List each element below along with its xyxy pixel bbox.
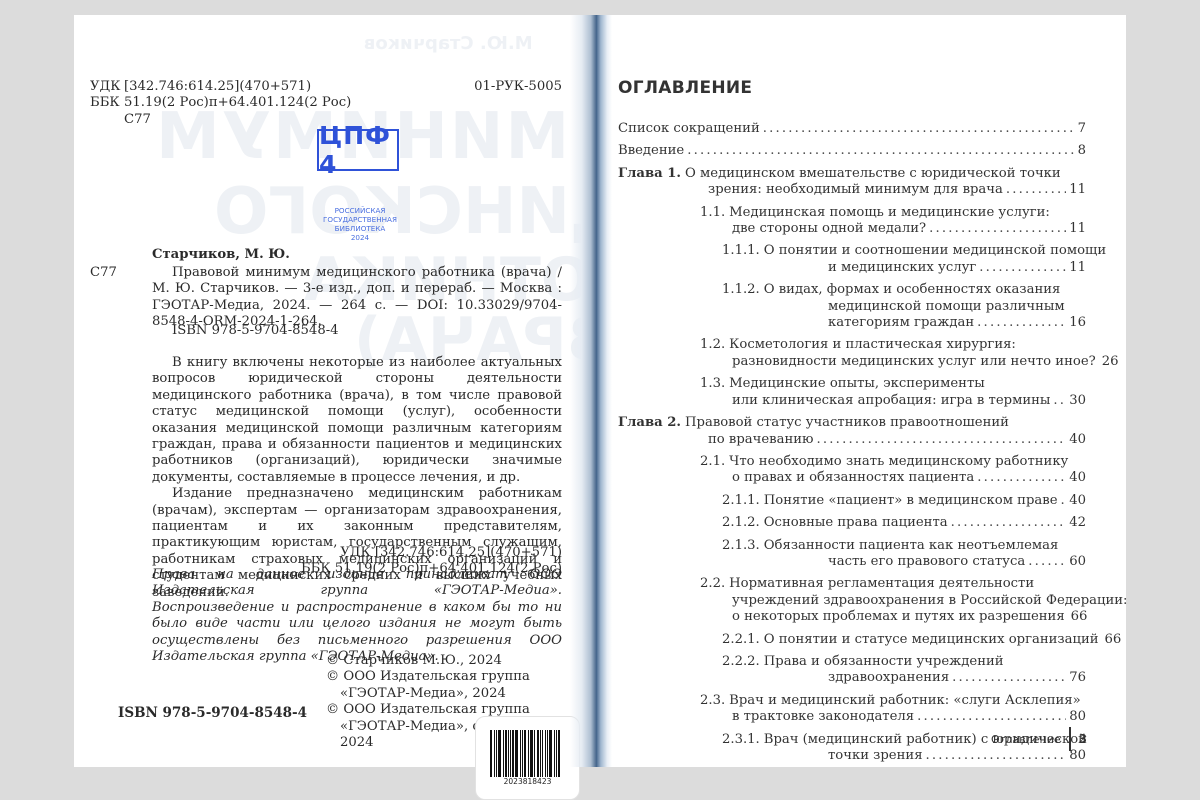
dot-leader	[763, 121, 1075, 137]
toc-entry-number: 2.2.	[700, 576, 725, 592]
toc-entry-page: 11	[1069, 182, 1086, 198]
barcode-bar	[534, 730, 535, 777]
barcode-icon	[490, 730, 562, 777]
right-page: ОГЛАВЛЕНИЕ Список сокращений7Введение8Гл…	[596, 15, 1126, 767]
toc-entry-title: Что необходимо знать медицинскому работн…	[729, 454, 1068, 470]
toc-entry-title: О медицинском вмешательстве с юридическо…	[685, 166, 1061, 182]
toc-entry-page: 40	[1069, 493, 1086, 509]
catalog-code: 01-РУК-5005	[474, 79, 562, 95]
dot-leader	[917, 709, 1066, 725]
dot-leader	[929, 221, 1066, 237]
toc-entry-page: 40	[1069, 432, 1086, 448]
footer-divider	[1069, 727, 1071, 751]
library-stamp-line: РОССИЙСКАЯ	[300, 206, 420, 215]
toc-entry-number: 1.3.	[700, 376, 725, 392]
toc-entry[interactable]: 1.3.Медицинские опыты, экспериментыили к…	[618, 376, 1086, 409]
dot-leader	[979, 260, 1066, 276]
barcode-number: 2023818423	[476, 777, 579, 786]
library-stamp-line: БИБЛИОТЕКА	[300, 224, 420, 233]
dot-leader	[1006, 182, 1066, 198]
dot-leader	[687, 143, 1074, 159]
toc-entry-title: учреждений здравоохранения в Российской …	[732, 593, 1128, 609]
toc-entry-title: Нормативная регламентация деятельности	[729, 576, 1034, 592]
toc-entry-number: 1.2.	[700, 337, 725, 353]
dot-leader	[1028, 554, 1066, 570]
barcode-bar	[494, 730, 495, 777]
barcode-bar	[549, 730, 552, 777]
barcode-bar	[508, 730, 509, 777]
toc-entry-page: 16	[1069, 315, 1086, 331]
toc-entry-title: Права и обязанности учреждений	[764, 654, 1004, 670]
toc-entry-title: О понятии и соотношении медицинской помо…	[764, 243, 1106, 259]
toc-entry-title: Понятие «пациент» в медицинском праве	[764, 493, 1058, 509]
toc-entry-page: 60	[1069, 554, 1086, 570]
copyright-line: © Старчиков М.Ю., 2024	[326, 653, 566, 669]
author-mark-top: С77	[124, 112, 151, 128]
dot-leader	[952, 670, 1066, 686]
dot-leader	[977, 470, 1066, 486]
toc-entry-title: медицинской помощи различным	[828, 299, 1065, 315]
toc-entry-number: 2.3.1.	[722, 732, 760, 748]
toc-entry-page: 8	[1078, 143, 1086, 159]
toc-entry-number: 1.1.	[700, 205, 725, 221]
toc-entry[interactable]: 2.1.3.Обязанности пациента как неотъемле…	[618, 538, 1086, 571]
toc-title: ОГЛАВЛЕНИЕ	[618, 78, 752, 98]
spine-shadow	[596, 15, 612, 767]
dot-leader	[1061, 493, 1067, 509]
running-footer-section: Оглавление	[991, 733, 1061, 746]
toc-entry-page: 11	[1069, 260, 1086, 276]
toc-entry-number: 2.2.1.	[722, 632, 760, 648]
toc-entry[interactable]: Введение8	[618, 143, 1086, 159]
dot-leader	[817, 432, 1067, 448]
toc-entry-page: 76	[1069, 670, 1086, 686]
toc-entry-title: о некоторых проблемах и путях их разреше…	[732, 609, 1065, 625]
toc-entry-number: Глава 2.	[618, 415, 681, 431]
toc-entry-title: Введение	[618, 143, 684, 159]
toc-entry-number: 2.1.3.	[722, 538, 760, 554]
toc-entry-page: 66	[1105, 632, 1122, 648]
toc-entry-number: 2.1.2.	[722, 515, 760, 531]
running-footer: Оглавление 3	[991, 727, 1087, 751]
toc-entry-number: Глава 1.	[618, 166, 681, 182]
barcode-bar	[558, 730, 560, 777]
spine-shadow	[570, 15, 596, 767]
toc-entry-page: 26	[1102, 354, 1119, 370]
bibliographic-record: Правовой минимум медицинского работника …	[152, 265, 562, 331]
toc-entry[interactable]: 2.2.Нормативная регламентация деятельнос…	[618, 576, 1086, 625]
toc-entry-title: Обязанности пациента как неотъемлемая	[764, 538, 1059, 554]
toc-entry[interactable]: 2.2.2.Права и обязанности учрежденийздра…	[618, 654, 1086, 687]
barcode-bar	[520, 730, 521, 777]
toc-entry-title: по врачеванию	[708, 432, 814, 448]
toc-entry-number: 2.2.2.	[722, 654, 760, 670]
toc-entry-title: в трактовке законодателя	[732, 709, 914, 725]
classification-block: УДК[342.746:614.25](470+571) ББК51.19(2 …	[90, 79, 351, 128]
bbk-label: ББК	[90, 95, 124, 111]
library-stamp-line: ГОСУДАРСТВЕННАЯ	[300, 215, 420, 224]
dot-leader	[1053, 393, 1066, 409]
toc-entry-page: 40	[1069, 470, 1086, 486]
isbn-bold: ISBN 978-5-9704-8548-4	[118, 705, 307, 721]
toc-entry-title: или клиническая апробация: игра в термин…	[732, 393, 1050, 409]
toc-entry-page: 66	[1071, 609, 1088, 625]
toc-entry[interactable]: 1.1.1.О понятии и соотношении медицинско…	[618, 243, 1086, 276]
barcode-bar	[547, 730, 548, 777]
toc-entry-title: здравоохранения	[828, 670, 949, 686]
barcode-bar	[554, 730, 555, 777]
author-heading: Старчиков, М. Ю.	[152, 247, 290, 263]
toc-entry-page: 42	[1069, 515, 1086, 531]
barcode-bar	[540, 730, 541, 777]
toc-entry-number: 1.1.1.	[722, 243, 760, 259]
dot-leader	[951, 515, 1067, 531]
udk-footer: УДК [342.746:614.25](470+571)	[301, 545, 562, 561]
cover-bleed-author: М.Ю. Старчиков	[364, 33, 533, 54]
barcode-bar	[498, 730, 501, 777]
toc-entry[interactable]: 1.1.Медицинская помощь и медицинские усл…	[618, 205, 1086, 238]
toc-entry-title: Список сокращений	[618, 121, 760, 137]
barcode-bar	[512, 730, 514, 777]
page-number: 3	[1079, 732, 1087, 746]
toc-entry[interactable]: 1.1.2.О видах, формах и особенностях ока…	[618, 282, 1086, 331]
toc-entry[interactable]: 2.3.Врач и медицинский работник: «слуги …	[618, 693, 1086, 726]
toc-entry-title: о правах и обязанностях пациента	[732, 470, 974, 486]
toc-entry-page: 11	[1069, 221, 1086, 237]
barcode-bar	[522, 730, 523, 777]
toc-entry-title: Правовой статус участников правоотношени…	[685, 415, 1009, 431]
isbn-line: ISBN 978-5-9704-8548-4	[172, 323, 339, 339]
library-stamp-year: 2024	[300, 233, 420, 242]
toc-entry-title: часть его правового статуса	[828, 554, 1025, 570]
toc-entry[interactable]: 1.2.Косметология и пластическая хирургия…	[618, 337, 1086, 370]
toc-entry[interactable]: 2.1.Что необходимо знать медицинскому ра…	[618, 454, 1086, 487]
toc-entry-title: О понятии и статусе медицинских организа…	[764, 632, 1099, 648]
toc-entry[interactable]: 2.1.1.Понятие «пациент» в медицинском пр…	[618, 493, 1086, 509]
toc-entry-number: 2.1.	[700, 454, 725, 470]
toc-entry-number: 2.3.	[700, 693, 725, 709]
toc-entry-title: точки зрения	[828, 748, 923, 764]
toc-entry-title: зрения: необходимый минимум для врача	[708, 182, 1003, 198]
toc-entry[interactable]: 2.2.1.О понятии и статусе медицинских ор…	[618, 632, 1086, 648]
toc-entry-title: и медицинских услуг	[828, 260, 976, 276]
toc-entry-number: 2.1.1.	[722, 493, 760, 509]
annotation-paragraph: В книгу включены некоторые из наиболее а…	[152, 355, 562, 486]
toc-entry[interactable]: Список сокращений7	[618, 121, 1086, 137]
barcode-bar	[496, 730, 497, 777]
toc-entry-page: 30	[1069, 393, 1086, 409]
library-stamp: РОССИЙСКАЯ ГОСУДАРСТВЕННАЯ БИБЛИОТЕКА 20…	[300, 206, 420, 242]
toc-entry-page: 80	[1069, 709, 1086, 725]
barcode-bar	[503, 730, 504, 777]
toc-entry-title: Медицинские опыты, эксперименты	[729, 376, 985, 392]
barcode-bar	[545, 730, 547, 777]
barcode-bar	[542, 730, 543, 777]
author-mark: С77	[90, 265, 117, 281]
toc-entry-title: Врач и медицинский работник: «слуги Аскл…	[729, 693, 1081, 709]
toc-entry-number: 1.1.2.	[722, 282, 760, 298]
toc-entry-title: категориям граждан	[828, 315, 974, 331]
table-of-contents: Список сокращений7Введение8Глава 1.О мед…	[618, 121, 1086, 770]
toc-entry-title: Косметология и пластическая хирургия:	[729, 337, 1016, 353]
copyright-line: © ООО Издательская группа «ГЭОТАР-Медиа»…	[326, 669, 566, 702]
barcode-bar	[490, 730, 492, 777]
barcode-bar	[505, 730, 507, 777]
toc-entry-title: Основные права пациента	[764, 515, 948, 531]
toc-entry-title: О видах, формах и особенностях оказания	[764, 282, 1061, 298]
barcode-bar	[510, 730, 511, 777]
toc-entry-title: две стороны одной медали?	[732, 221, 926, 237]
udk-label: УДК	[90, 79, 124, 95]
barcode-bar	[524, 730, 526, 777]
dot-leader	[977, 315, 1066, 331]
toc-entry-page: 7	[1078, 121, 1086, 137]
udk-value: [342.746:614.25](470+571)	[124, 79, 311, 95]
barcode-bar	[556, 730, 557, 777]
toc-entry[interactable]: Глава 2.Правовой статус участников право…	[618, 415, 1086, 448]
toc-entry-title: разновидности медицинских услуг или нечт…	[732, 354, 1096, 370]
toc-entry-title: Медицинская помощь и медицинские услуги:	[729, 205, 1050, 221]
cpf-stamp: ЦПФ 4	[317, 129, 399, 171]
toc-entry[interactable]: Глава 1.О медицинском вмешательстве с юр…	[618, 166, 1086, 199]
barcode-bar	[515, 730, 518, 777]
bbk-value: 51.19(2 Рос)п+64.401.124(2 Рос)	[124, 95, 351, 111]
left-page: М.Ю. Старчиков ПРАВОВОЙ МИНИМУМ МЕДИЦИНС…	[74, 15, 596, 767]
rights-notice: Права на данное издание принадлежат ООО …	[152, 567, 562, 665]
toc-entry[interactable]: 2.1.2.Основные права пациента42	[618, 515, 1086, 531]
barcode-bar	[537, 730, 539, 777]
barcode-bar	[530, 730, 533, 777]
barcode-bar	[528, 730, 529, 777]
barcode-sticker: 2023818423	[475, 716, 580, 800]
